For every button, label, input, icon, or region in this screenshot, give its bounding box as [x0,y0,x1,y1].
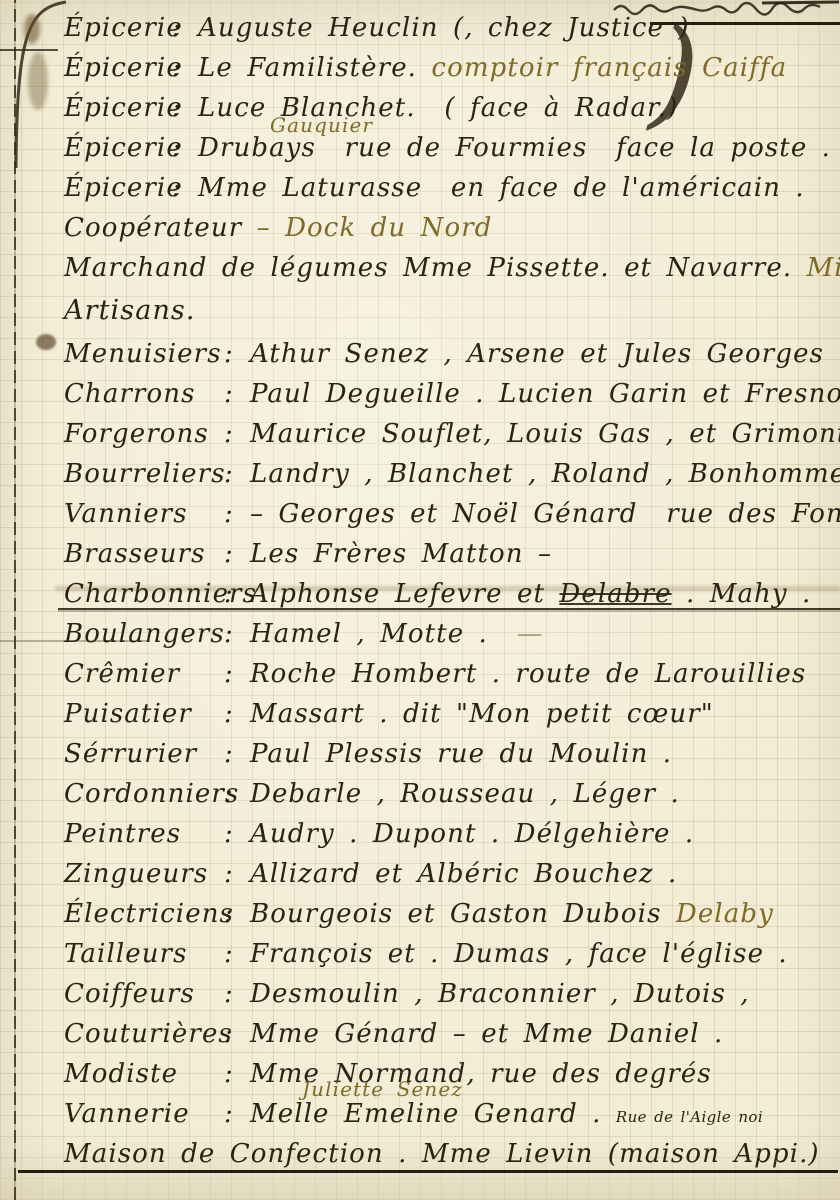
entry-text: Auguste Heuclin (, chez Justice ) [198,8,832,48]
trade-label: Boulangers [64,614,224,654]
list-item: Menuisiers : Athur Senez , Arsene et Jul… [64,334,832,374]
text-segment: Paul Plessis rue du Moulin . [250,739,672,769]
colon-separator: : [224,694,250,734]
list-item: Coopérateur – Dock du Nord [64,208,832,248]
inline-annotation: Gauquier [270,115,373,135]
entry-text: – Georges et Noël Génard rue des Fontain… [250,494,840,534]
colon-separator: : [224,414,250,454]
trade-label: Bourreliers [64,454,224,494]
list-item: Forgerons : Maurice Souflet, Louis Gas ,… [64,414,832,454]
list-item: Cordonniers : Debarle , Rousseau , Léger… [64,774,832,814]
trade-label: Brasseurs [64,534,224,574]
colon-separator: : [224,1094,250,1134]
list-item: Artisans. [64,288,832,334]
colon-separator: : [224,574,250,614]
list-item: Épicerie : Auguste Heuclin (, chez Justi… [64,8,832,48]
colon-separator: : [172,168,198,208]
colon-separator: : [224,1054,250,1094]
entry-text: Maurice Souflet, Louis Gas , et Grimont-… [250,414,840,454]
text-segment: Paul Degueille . Lucien Garin et Fresnoi… [250,379,840,409]
list-item: Épicerie : Mme Laturasse en face de l'am… [64,168,832,208]
text-segment: Audry . Dupont . Délgehière . [250,819,694,849]
trade-label: Zingueurs [64,854,224,894]
trade-label: Puisatier [64,694,224,734]
text-segment: Alphonse Lefevre et [250,579,559,609]
text-segment: Hamel , Motte . [250,619,488,649]
entry-text: Hamel , Motte . — [250,614,832,654]
text-segment: Rue de l'Aigle noi [602,1108,763,1126]
text-segment: Delaby [676,899,774,929]
list-item: Charrons : Paul Degueille . Lucien Garin… [64,374,832,414]
trade-label: Vanniers [64,494,224,534]
text-segment: Artisans. [64,295,196,326]
entry-text: Maison de Confection . Mme Lievin (maiso… [64,1139,820,1169]
margin-crossbar-rule [0,49,58,51]
list-item: Sérrurier : Paul Plessis rue du Moulin . [64,734,832,774]
text-segment: Maison de Confection . Mme Lievin (maiso… [64,1139,820,1169]
list-item: Bourreliers : Landry , Blanchet , Roland… [64,454,832,494]
trade-label: Épicerie [64,88,172,128]
text-segment: Melle Emeline Genard . [250,1099,602,1129]
colon-separator: : [224,454,250,494]
trade-label: Menuisiers [64,334,224,374]
text-segment: François et . Dumas , face l'église . [250,939,788,969]
list-item: Zingueurs : Allizard et Albéric Bouchez … [64,854,832,894]
entry-text: Allizard et Albéric Bouchez . [250,854,832,894]
colon-separator: : [224,334,250,374]
entry-text: Bourgeois et Gaston Dubois Delaby [250,894,832,934]
list-item: Marchand de légumes Mme Pissette. et Nav… [64,248,832,288]
text-segment: Maurice Souflet, Louis Gas , et Grimont- [250,419,840,449]
text-segment: Drubays rue de Fourmies face la poste . [198,133,831,163]
trade-label: Vannerie [64,1094,224,1134]
trade-label: Épicerie [64,128,172,168]
list-item: Puisatier : Massart . dit "Mon petit cœu… [64,694,832,734]
entries-list: Épicerie : Auguste Heuclin (, chez Justi… [64,8,832,1174]
trade-label: Charrons [64,374,224,414]
text-segment: – Georges et Noël Génard rue des Fontain… [250,499,840,529]
text-segment: Le Familistère. [198,53,417,83]
inline-annotation: Juliette Senez [302,1079,463,1099]
colon-separator: : [224,814,250,854]
text-segment: Bourgeois et Gaston Dubois [250,899,676,929]
text-segment: Allizard et Albéric Bouchez . [250,859,677,889]
list-item: Coiffeurs : Desmoulin , Braconnier , Dut… [64,974,832,1014]
entry-text: Audry . Dupont . Délgehière . [250,814,832,854]
colon-separator: : [224,734,250,774]
list-item: Couturières : Mme Génard – et Mme Daniel… [64,1014,832,1054]
text-segment: Coopérateur [64,213,257,243]
text-segment: Landry , Blanchet , Roland , Bonhomme . [250,459,840,489]
entry-text: Roche Hombert . route de Larouillies [250,654,832,694]
list-item: Épicerie : Luce Blanchet. ( face à Radar… [64,88,832,128]
ink-blot [36,334,56,350]
trade-label: Cordonniers [64,774,224,814]
text-segment: Auguste Heuclin (, chez Justice ) [198,13,690,43]
trade-label: Forgerons [64,414,224,454]
list-item: Épicerie : Drubays rue de Fourmies face … [64,128,832,168]
text-segment: Mignolet [792,253,840,283]
colon-separator: : [172,128,198,168]
list-item: Boulangers : Hamel , Motte . — [64,614,832,654]
entry-text: Paul Plessis rue du Moulin . [250,734,832,774]
trade-label: Tailleurs [64,934,224,974]
text-segment: . Mahy . [672,579,812,609]
list-item: Vannerie : Melle Emeline Genard . Rue de… [64,1094,832,1134]
colon-separator: : [224,974,250,1014]
ink-stain [28,52,48,110]
colon-separator: : [172,88,198,128]
text-segment: Delabre [559,579,671,609]
list-item: Maison de Confection . Mme Lievin (maiso… [64,1134,832,1174]
text-segment: — [488,619,544,649]
entry-text: Marchand de légumes Mme Pissette. et Nav… [64,253,840,283]
colon-separator: : [172,8,198,48]
text-segment: Debarle , Rousseau , Léger . [250,779,680,809]
trade-label: Électriciens [64,894,224,934]
entry-text: Artisans. [64,288,832,334]
colon-separator: : [224,934,250,974]
trade-label: Modiste [64,1054,224,1094]
list-item: Électriciens : Bourgeois et Gaston Duboi… [64,894,832,934]
entry-text: Coopérateur – Dock du Nord [64,213,493,243]
entry-text: Mme Génard – et Mme Daniel . [250,1014,832,1054]
trade-label: Épicerie [64,8,172,48]
colon-separator: : [224,494,250,534]
trade-label: Couturières [64,1014,224,1054]
entry-text: Landry , Blanchet , Roland , Bonhomme . [250,454,840,494]
colon-separator: : [224,374,250,414]
colon-separator: : [224,1014,250,1054]
trade-label: Crêmier [64,654,224,694]
entry-text: Les Frères Matton – [250,534,832,574]
entry-text: Desmoulin , Braconnier , Dutois , [250,974,832,1014]
list-item: Tailleurs : François et . Dumas , face l… [64,934,832,974]
entry-text: Le Familistère. comptoir français Caiffa [198,48,832,88]
text-segment: Marchand de légumes Mme Pissette. et Nav… [64,253,792,283]
colon-separator: : [172,48,198,88]
trade-label: Peintres [64,814,224,854]
text-segment: Desmoulin , Braconnier , Dutois , [250,979,750,1009]
trade-label: Épicerie [64,48,172,88]
entry-text: Paul Degueille . Lucien Garin et Fresnoi… [250,374,840,414]
colon-separator: : [224,854,250,894]
text-segment: – Dock du Nord [257,213,493,243]
entry-text: Athur Senez , Arsene et Jules Georges [250,334,832,374]
entry-text: François et . Dumas , face l'église . [250,934,832,974]
trade-label: Épicerie [64,168,172,208]
colon-separator: : [224,614,250,654]
text-segment: Massart . dit "Mon petit cœur" [250,699,714,729]
trade-label: Sérrurier [64,734,224,774]
text-segment: Les Frères Matton – [250,539,552,569]
colon-separator: : [224,894,250,934]
list-item: Crêmier : Roche Hombert . route de Larou… [64,654,832,694]
text-segment: comptoir français Caiffa [417,53,787,83]
entry-text: Debarle , Rousseau , Léger . [250,774,832,814]
left-margin-rule [14,0,16,1200]
trade-label: Coiffeurs [64,974,224,1014]
document-page: ) Épicerie : Auguste Heuclin (, chez Jus… [0,0,840,1200]
list-item: Peintres : Audry . Dupont . Délgehière . [64,814,832,854]
list-item: Épicerie : Le Familistère. comptoir fran… [64,48,832,88]
colon-separator: : [224,534,250,574]
colon-separator: : [224,654,250,694]
colon-separator: : [224,774,250,814]
text-segment: Athur Senez , Arsene et Jules Georges [250,339,824,369]
entry-text: Alphonse Lefevre et Delabre . Mahy . [250,574,832,614]
text-segment: Mme Laturasse en face de l'américain . [198,173,805,203]
text-segment: Mme Génard – et Mme Daniel . [250,1019,723,1049]
ink-stain [24,14,40,44]
list-item: Vanniers : – Georges et Noël Génard rue … [64,494,832,534]
entry-text: Mme Laturasse en face de l'américain . [198,168,832,208]
list-item: Charbonniers : Alphonse Lefevre et Delab… [64,574,832,614]
text-segment: Roche Hombert . route de Larouillies [250,659,806,689]
list-item: Brasseurs : Les Frères Matton – [64,534,832,574]
trade-label: Charbonniers [64,574,224,614]
entry-text: Massart . dit "Mon petit cœur" [250,694,832,734]
